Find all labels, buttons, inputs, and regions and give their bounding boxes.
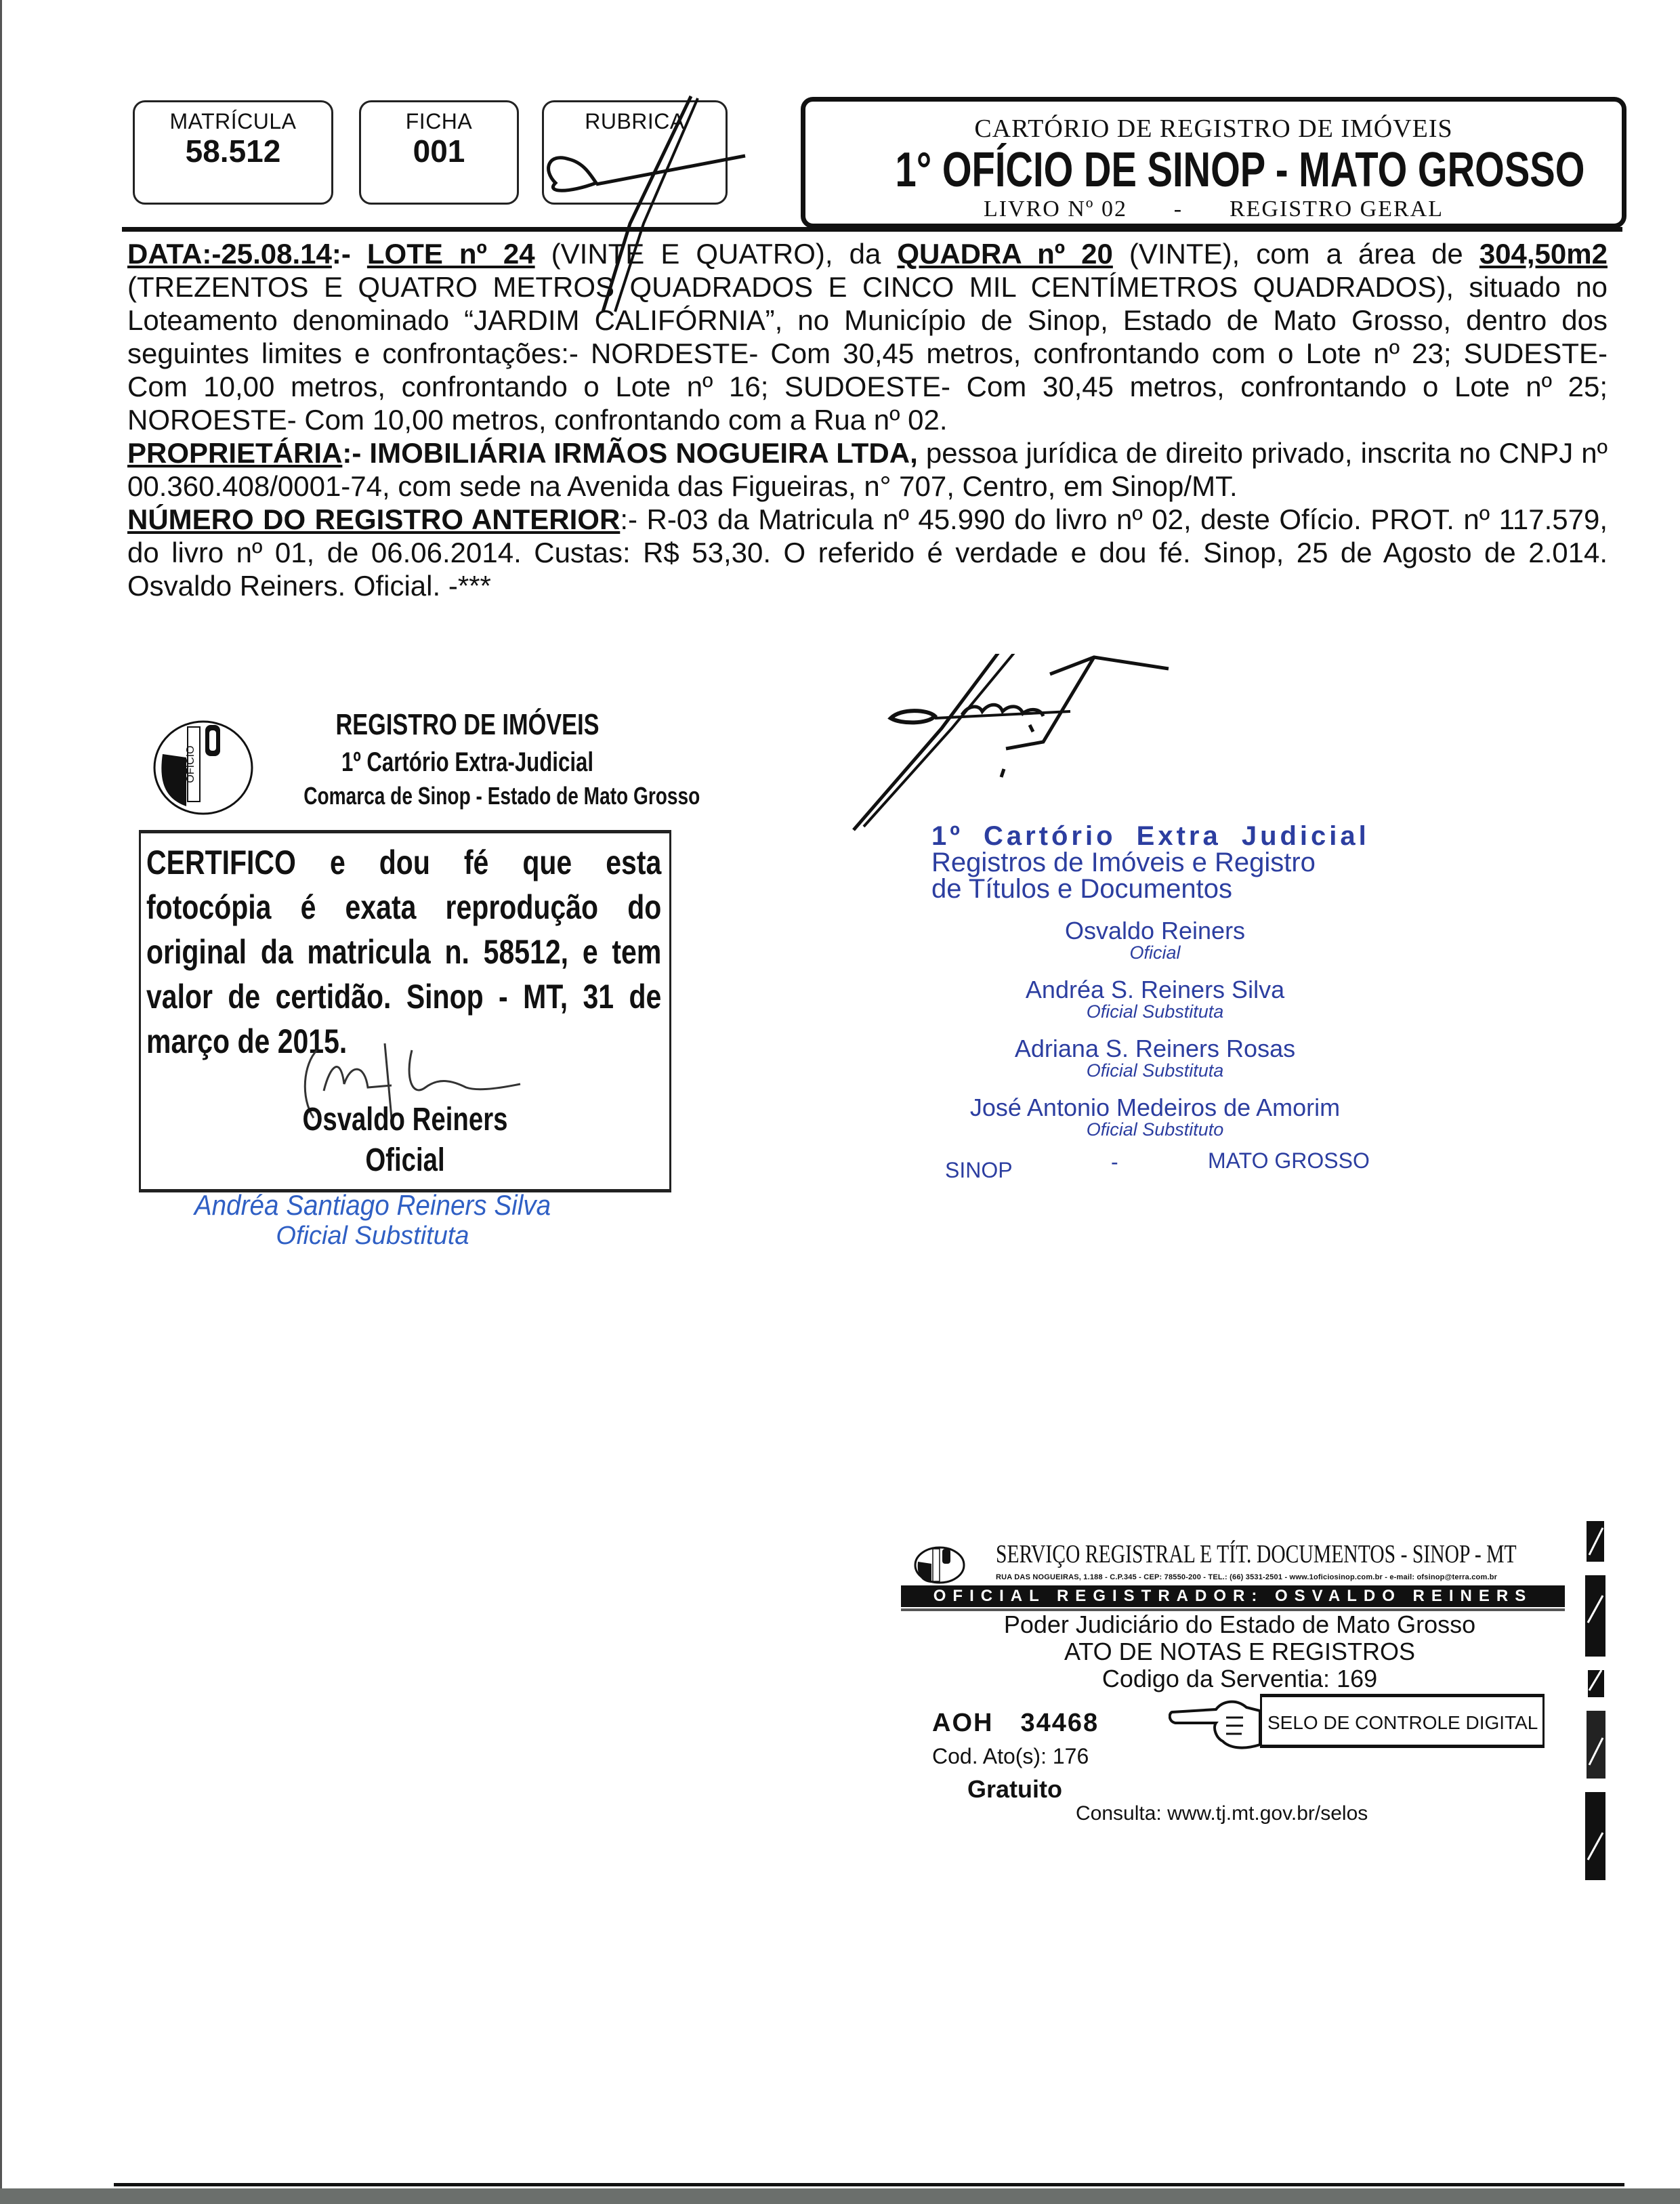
oficio-logo-icon: OFICIO [146, 717, 261, 818]
stamp-location: SINOP - MATO GROSSO [931, 1148, 1406, 1182]
stamp-comarca: Comarca de Sinop - Estado de Mato Grosso [303, 782, 631, 810]
property-description: DATA:-25.08.14:- LOTE nº 24 (VINTE E QUA… [127, 237, 1608, 436]
registry-title-line2: 1° OFÍCIO DE SINOP - MATO GROSSO [896, 145, 1532, 195]
ficha-label: FICHA [361, 109, 517, 134]
owner-paragraph: PROPRIETÁRIA:- IMOBILIÁRIA IRMÃOS NOGUEI… [127, 436, 1608, 503]
ficha-value: 001 [361, 133, 517, 169]
matricula-label: MATRÍCULA [135, 109, 331, 134]
notary-stamp-line3: de Títulos e Documentos [931, 874, 1406, 905]
previous-registry-paragraph: NÚMERO DO REGISTRO ANTERIOR:- R-03 da Ma… [127, 503, 1608, 602]
stamp-person: José Antonio Medeiros de Amorim Oficial … [931, 1094, 1379, 1140]
seal-code-number: 34468 [1020, 1709, 1099, 1737]
seal-logo-icon [911, 1545, 965, 1585]
seal-registrar-bar: OFICIAL REGISTRADOR: OSVALDO REINERS [901, 1585, 1565, 1607]
matricula-value: 58.512 [135, 133, 331, 169]
registry-stamp-header: REGISTRO DE IMÓVEIS 1º Cartório Extra-Ju… [257, 708, 677, 810]
page-bottom-rule [114, 2183, 1624, 2186]
seal-code-prefix: AOH [932, 1709, 993, 1737]
registry-title-line3: LIVRO Nº 02 - REGISTRO GERAL [805, 196, 1622, 222]
registry-title-line1: CARTÓRIO DE REGISTRO DE IMÓVEIS [805, 114, 1622, 144]
act-code: Cod. Ato(s): 176 [932, 1744, 1089, 1769]
header-divider [122, 227, 1622, 232]
registry-title-box: CARTÓRIO DE REGISTRO DE IMÓVEIS 1° OFÍCI… [801, 97, 1626, 228]
substitute-role: Oficial Substituta [169, 1222, 576, 1251]
scan-edge [0, 0, 2, 2204]
seal-office-code: Codigo da Serventia: 169 [935, 1665, 1545, 1692]
stamp-city: SINOP [945, 1158, 1013, 1183]
pointing-hand-icon [1169, 1697, 1263, 1751]
certifier-role: Oficial [194, 1142, 616, 1179]
seal-court: Poder Judiciário do Estado de Mato Gross… [935, 1611, 1545, 1638]
certifier-name: Osvaldo Reiners [194, 1101, 616, 1138]
book-number: LIVRO Nº 02 [984, 196, 1127, 222]
stamp-person: Osvaldo Reiners Oficial [931, 917, 1379, 963]
book-type: REGISTRO GERAL [1230, 196, 1444, 222]
security-edge-strip [1584, 1521, 1608, 1887]
ficha-box: FICHA 001 [359, 100, 519, 205]
stamp-title: REGISTRO DE IMÓVEIS [303, 708, 631, 742]
substitute-stamp: Andréa Santiago Reiners Silva Oficial Su… [169, 1189, 576, 1251]
matricula-box: MATRÍCULA 58.512 [133, 100, 333, 205]
substitute-name: Andréa Santiago Reiners Silva [186, 1189, 560, 1222]
scan-bottom-edge [0, 2188, 1680, 2204]
seal-info: Poder Judiciário do Estado de Mato Gross… [935, 1611, 1545, 1692]
certification-text: CERTIFICO e dou fé que esta fotocópia é … [146, 840, 661, 1064]
stamp-person: Andréa S. Reiners Silva Oficial Substitu… [931, 976, 1379, 1022]
fee-status: Gratuito [967, 1775, 1062, 1804]
official-signature-icon [826, 654, 1233, 837]
stamp-person: Adriana S. Reiners Rosas Oficial Substit… [931, 1035, 1379, 1081]
certification-box: CERTIFICO e dou fé que esta fotocópia é … [139, 830, 671, 1192]
notary-blue-stamp: 1º Cartório Extra Judicial Registros de … [931, 821, 1406, 1182]
verification-url: Consulta: www.tj.mt.gov.br/selos [1076, 1802, 1368, 1825]
seal-code: AOH34468 [932, 1709, 1126, 1738]
seal-header: SERVIÇO REGISTRAL E TÍT. DOCUMENTOS - SI… [996, 1539, 1517, 1569]
seal-act-type: ATO DE NOTAS E REGISTROS [935, 1638, 1545, 1665]
digital-seal-label: SELO DE CONTROLE DIGITAL [1260, 1694, 1545, 1748]
svg-text:OFICIO: OFICIO [185, 745, 196, 783]
stamp-state: MATO GROSSO [1208, 1148, 1370, 1173]
registry-body: DATA:-25.08.14:- LOTE nº 24 (VINTE E QUA… [127, 237, 1608, 602]
seal-address: RUA DAS NOGUEIRAS, 1.188 - C.P.345 - CEP… [996, 1573, 1497, 1581]
stamp-subtitle: 1º Cartório Extra-Judicial [303, 747, 631, 778]
